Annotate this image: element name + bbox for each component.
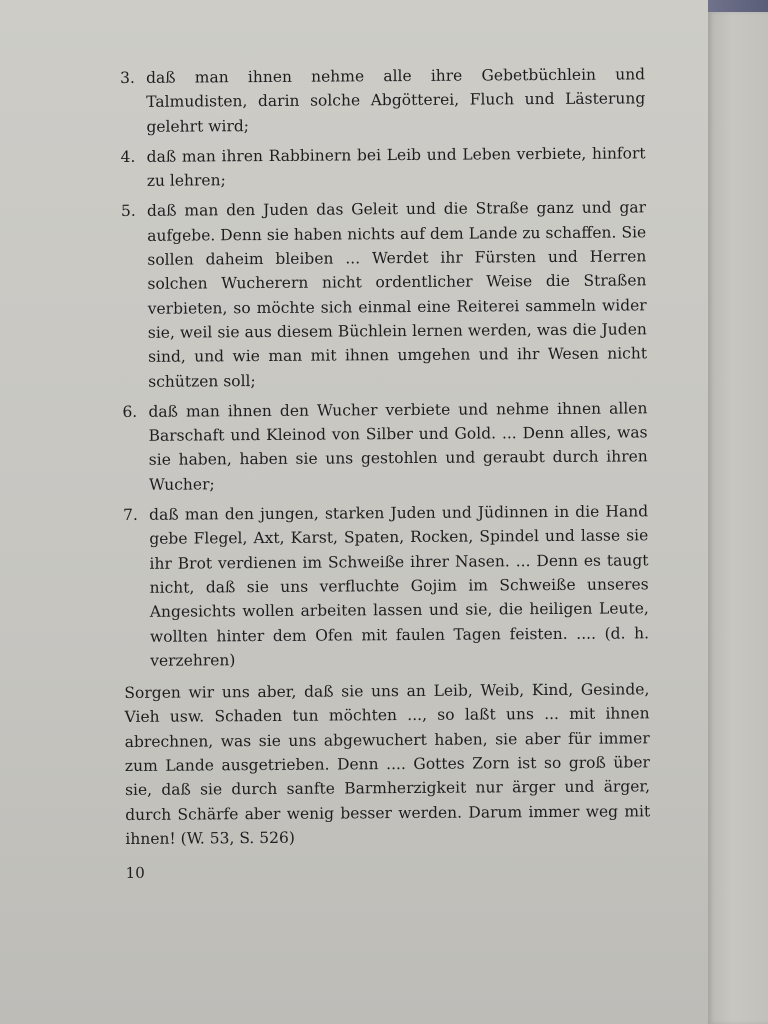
list-item: 5. daß man den Juden das Geleit und die …	[121, 196, 647, 394]
item-text: daß man den jungen, starken Juden und Jü…	[149, 499, 649, 673]
item-text: daß man ihnen nehme alle ihre Gebetbüchl…	[146, 62, 645, 138]
item-number: 4.	[121, 145, 136, 169]
book-page: 3. daß man ihnen nehme alle ihre Gebetbü…	[0, 0, 708, 1024]
page-number: 10	[126, 858, 651, 886]
item-number: 7.	[123, 503, 138, 527]
list-item: 4. daß man ihren Rabbinern bei Leib und …	[121, 141, 646, 193]
item-number: 3.	[120, 66, 135, 90]
facing-page-edge	[708, 12, 768, 1024]
page-text-block: 3. daß man ihnen nehme alle ihre Gebetbü…	[120, 62, 651, 885]
item-number: 5.	[121, 199, 136, 223]
list-item: 6. daß man ihnen den Wucher verbiete und…	[122, 396, 648, 497]
item-text: daß man den Juden das Geleit und die Str…	[147, 196, 647, 394]
list-item: 3. daß man ihnen nehme alle ihre Gebetbü…	[120, 62, 645, 139]
item-number: 6.	[122, 400, 137, 424]
item-text: daß man ihnen den Wucher verbiete und ne…	[148, 396, 648, 497]
closing-paragraph: Sorgen wir uns aber, daß sie uns an Leib…	[124, 677, 650, 851]
item-text: daß man ihren Rabbinern bei Leib und Leb…	[147, 141, 646, 193]
list-item: 7. daß man den jungen, starken Juden und…	[123, 499, 649, 673]
